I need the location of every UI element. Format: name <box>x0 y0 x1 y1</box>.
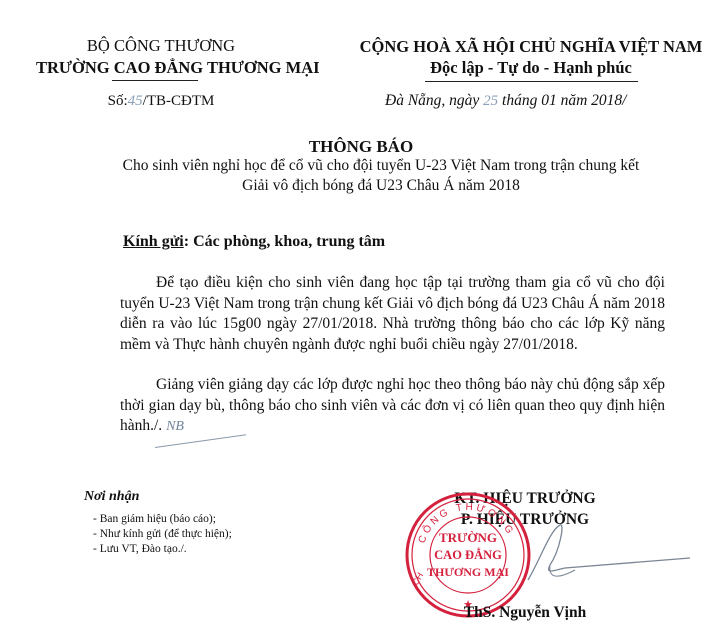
school-underline <box>112 80 198 81</box>
doc-number-prefix: Số: <box>108 93 128 109</box>
national-motto: Độc lập - Tự do - Hạnh phúc <box>340 58 722 78</box>
seal-outer-left: CH <box>410 571 425 587</box>
official-seal-icon: CÔNG THƯƠNG CH TRƯỜNG CAO ĐẲNG THƯƠNG MẠ… <box>403 490 533 620</box>
doc-number-suffix: /TB-CĐTM <box>143 93 215 109</box>
addressee: Kính gửi: Các phòng, khoa, trung tâm <box>123 233 385 251</box>
date-suffix: tháng 01 năm 2018/ <box>502 92 626 109</box>
seal-line-1: TRƯỜNG <box>439 530 497 545</box>
seal-line-3: THƯƠNG MẠI <box>427 565 509 579</box>
distribution-item: - Lưu VT, Đào tạo./. <box>93 543 187 555</box>
document-title: THÔNG BÁO <box>0 137 722 157</box>
distribution-item: - Ban giám hiệu (báo cáo); <box>93 513 216 525</box>
issue-date: Đà Nẵng, ngày 25 tháng 01 năm 2018/ <box>385 92 626 110</box>
document-subtitle-line-2: Giải vô địch bóng đá U23 Châu Á năm 2018 <box>0 177 722 195</box>
doc-number-handwritten: 45 <box>128 93 143 109</box>
date-prefix: Đà Nẵng, ngày <box>385 92 479 109</box>
handwritten-signature-icon <box>520 520 700 590</box>
distribution-label: Nơi nhận <box>84 489 139 505</box>
motto-underline <box>425 81 638 82</box>
addressee-label: Kính gửi <box>123 233 184 250</box>
signer-name: ThS. Nguyễn Vịnh <box>400 604 650 622</box>
body-paragraph-2-text: Giảng viên giảng dạy các lớp được nghỉ h… <box>120 375 665 438</box>
seal-line-2: CAO ĐẲNG <box>434 547 502 562</box>
body-paragraph-2-content: Giảng viên giảng dạy các lớp được nghỉ h… <box>120 376 665 434</box>
body-paragraph-2: Giảng viên giảng dạy các lớp được nghỉ h… <box>120 375 665 438</box>
handwritten-initials: NB <box>166 419 184 434</box>
ministry-name: BỘ CÔNG THƯƠNG <box>36 36 286 56</box>
school-name: TRƯỜNG CAO ĐẲNG THƯƠNG MẠI <box>36 58 286 78</box>
addressee-value: Các phòng, khoa, trung tâm <box>189 233 385 250</box>
document-subtitle-line-1: Cho sinh viên nghỉ học để cổ vũ cho đội … <box>0 157 722 175</box>
body-paragraph-1-text: Để tạo điều kiện cho sinh viên đang học … <box>120 273 665 355</box>
document-number: Số:45/TB-CĐTM <box>36 93 286 110</box>
date-day-handwritten: 25 <box>483 93 498 109</box>
republic-name: CỘNG HOÀ XÃ HỘI CHỦ NGHĨA VIỆT NAM <box>340 37 722 57</box>
distribution-item: - Như kính gửi (để thực hiện); <box>93 528 232 540</box>
body-paragraph-1: Để tạo điều kiện cho sinh viên đang học … <box>120 273 665 355</box>
